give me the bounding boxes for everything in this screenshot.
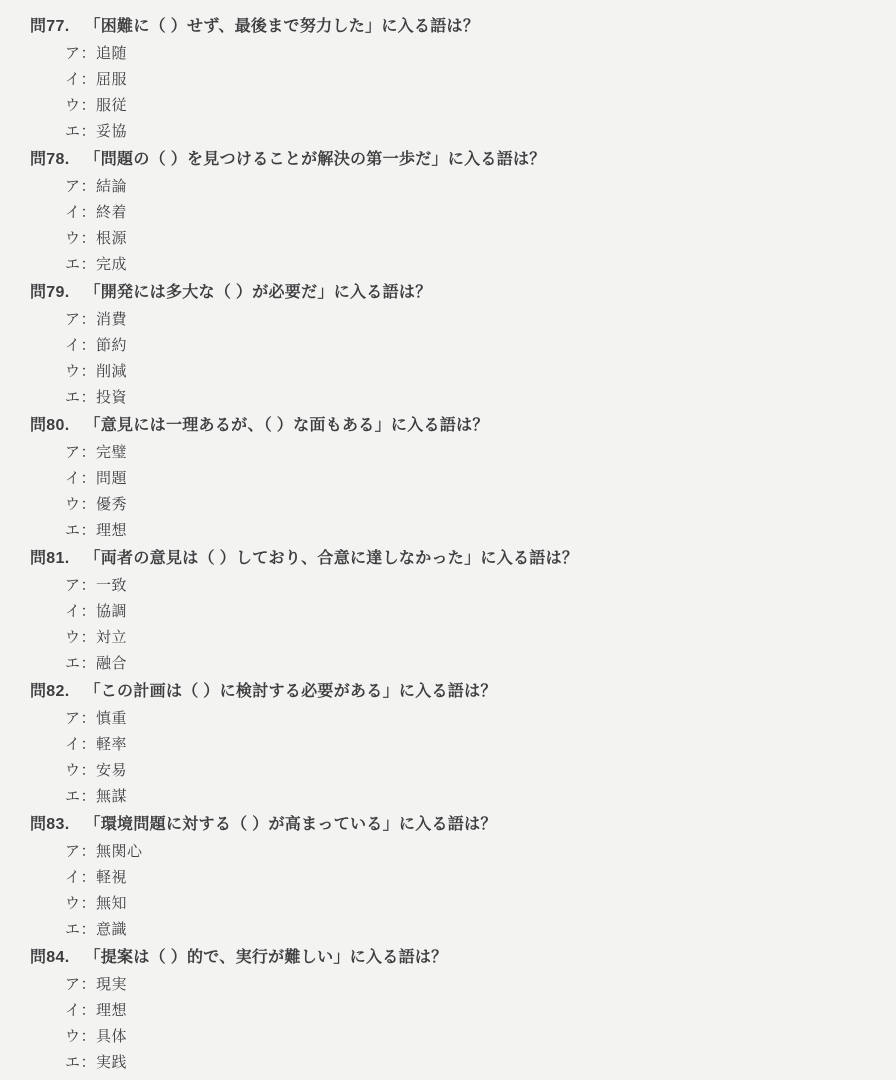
question-text: 「両者の意見は（ ）しており、合意に達しなかった」に入る語は？ bbox=[84, 550, 578, 567]
answer-option: ア：追随 bbox=[30, 41, 876, 67]
question-block: 問80.「意見には一理あるが、（ ）な面もある」に入る語は？ ア：完璧 イ：問題… bbox=[30, 411, 876, 544]
answer-option: イ：節約 bbox=[30, 333, 876, 359]
question-text: 「困難に（ ）せず、最後まで努力した」に入る語は？ bbox=[84, 18, 479, 35]
question-block: 問83.「環境問題に対する（ ）が高まっている」に入る語は？ ア：無関心 イ：軽… bbox=[30, 810, 876, 943]
answer-option: ア：結論 bbox=[30, 174, 876, 200]
question-text: 「この計画は（ ）に検討する必要がある」に入る語は？ bbox=[84, 683, 496, 700]
question-number: 問82. bbox=[30, 677, 69, 706]
answer-option: イ：終着 bbox=[30, 200, 876, 226]
question-text: 「開発には多大な（ ）が必要だ」に入る語は？ bbox=[84, 284, 431, 301]
answer-option: ア：慎重 bbox=[30, 706, 876, 732]
question-number: 問78. bbox=[30, 145, 69, 174]
answer-option: エ：妥協 bbox=[30, 119, 876, 145]
question-block: 問78.「問題の（ ）を見つけることが解決の第一歩だ」に入る語は？ ア：結論 イ… bbox=[30, 145, 876, 278]
question-block: 問77.「困難に（ ）せず、最後まで努力した」に入る語は？ ア：追随 イ：屈服 … bbox=[30, 12, 876, 145]
exam-document-page: 問77.「困難に（ ）せず、最後まで努力した」に入る語は？ ア：追随 イ：屈服 … bbox=[0, 0, 896, 1080]
question-block: 問81.「両者の意見は（ ）しており、合意に達しなかった」に入る語は？ ア：一致… bbox=[30, 544, 876, 677]
answer-option: エ：投資 bbox=[30, 385, 876, 411]
question-line: 問81.「両者の意見は（ ）しており、合意に達しなかった」に入る語は？ bbox=[30, 544, 876, 573]
answer-option: エ：理想 bbox=[30, 518, 876, 544]
question-line: 問82.「この計画は（ ）に検討する必要がある」に入る語は？ bbox=[30, 677, 876, 706]
answer-option: ア：消費 bbox=[30, 307, 876, 333]
question-text: 「問題の（ ）を見つけることが解決の第一歩だ」に入る語は？ bbox=[84, 151, 545, 168]
answer-option: イ：屈服 bbox=[30, 67, 876, 93]
answer-option: ウ：無知 bbox=[30, 891, 876, 917]
answer-option: ア：一致 bbox=[30, 573, 876, 599]
question-text: 「提案は（ ）的で、実行が難しい」に入る語は？ bbox=[84, 949, 447, 966]
question-number: 問79. bbox=[30, 278, 69, 307]
answer-option: エ：融合 bbox=[30, 651, 876, 677]
answer-option: エ：実践 bbox=[30, 1050, 876, 1076]
question-line: 問83.「環境問題に対する（ ）が高まっている」に入る語は？ bbox=[30, 810, 876, 839]
question-text: 「意見には一理あるが、（ ）な面もある」に入る語は？ bbox=[84, 417, 488, 434]
answer-option: イ：理想 bbox=[30, 998, 876, 1024]
question-line: 問84.「提案は（ ）的で、実行が難しい」に入る語は？ bbox=[30, 943, 876, 972]
question-line: 問80.「意見には一理あるが、（ ）な面もある」に入る語は？ bbox=[30, 411, 876, 440]
question-block: 問82.「この計画は（ ）に検討する必要がある」に入る語は？ ア：慎重 イ：軽率… bbox=[30, 677, 876, 810]
answer-option: イ：軽率 bbox=[30, 732, 876, 758]
answer-option: ウ：根源 bbox=[30, 226, 876, 252]
question-text: 「環境問題に対する（ ）が高まっている」に入る語は？ bbox=[84, 816, 496, 833]
question-line: 問78.「問題の（ ）を見つけることが解決の第一歩だ」に入る語は？ bbox=[30, 145, 876, 174]
answer-option: ア：現実 bbox=[30, 972, 876, 998]
answer-option: ウ：対立 bbox=[30, 625, 876, 651]
answer-option: イ：協調 bbox=[30, 599, 876, 625]
question-number: 問81. bbox=[30, 544, 69, 573]
answer-option: ア：無関心 bbox=[30, 839, 876, 865]
question-line: 問79.「開発には多大な（ ）が必要だ」に入る語は？ bbox=[30, 278, 876, 307]
answer-option: エ：無謀 bbox=[30, 784, 876, 810]
question-number: 問77. bbox=[30, 12, 69, 41]
answer-option: イ：問題 bbox=[30, 466, 876, 492]
question-block: 問84.「提案は（ ）的で、実行が難しい」に入る語は？ ア：現実 イ：理想 ウ：… bbox=[30, 943, 876, 1076]
question-number: 問84. bbox=[30, 943, 69, 972]
answer-option: イ：軽視 bbox=[30, 865, 876, 891]
answer-option: ウ：優秀 bbox=[30, 492, 876, 518]
answer-option: ウ：服従 bbox=[30, 93, 876, 119]
question-number: 問80. bbox=[30, 411, 69, 440]
answer-option: ウ：削減 bbox=[30, 359, 876, 385]
question-block: 問79.「開発には多大な（ ）が必要だ」に入る語は？ ア：消費 イ：節約 ウ：削… bbox=[30, 278, 876, 411]
answer-option: エ：完成 bbox=[30, 252, 876, 278]
answer-option: エ：意識 bbox=[30, 917, 876, 943]
answer-option: ア：完璧 bbox=[30, 440, 876, 466]
answer-option: ウ：安易 bbox=[30, 758, 876, 784]
question-number: 問83. bbox=[30, 810, 69, 839]
question-line: 問77.「困難に（ ）せず、最後まで努力した」に入る語は？ bbox=[30, 12, 876, 41]
answer-option: ウ：具体 bbox=[30, 1024, 876, 1050]
